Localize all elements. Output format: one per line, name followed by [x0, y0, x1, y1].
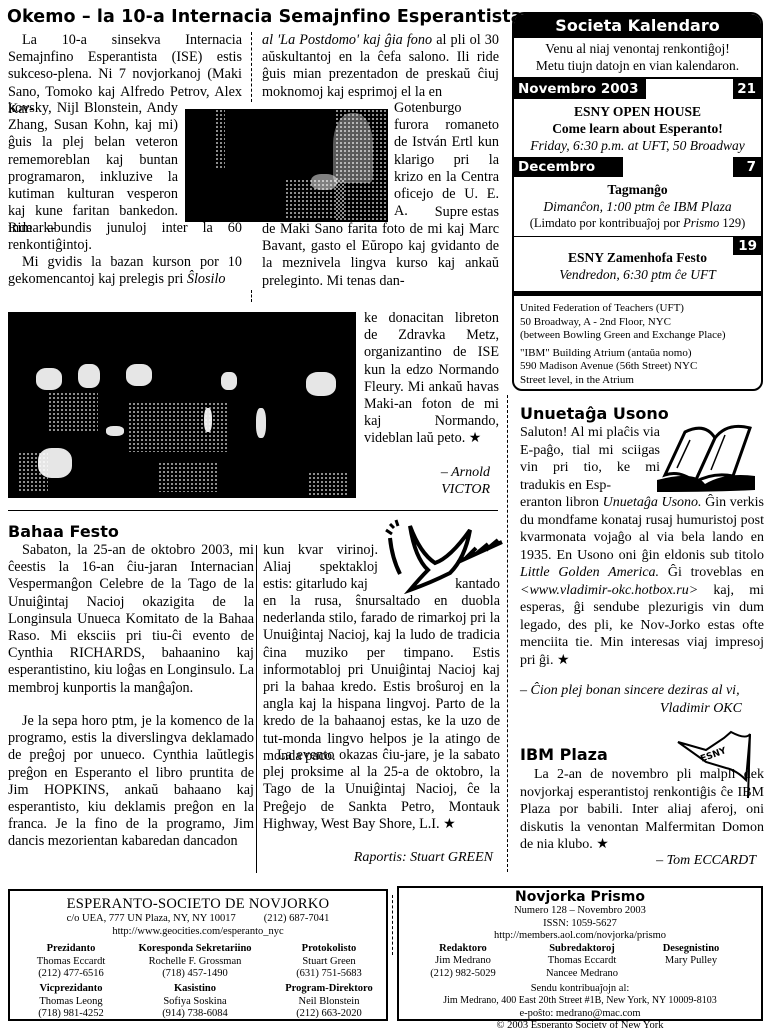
okemo-col2-wrap2: ke donacitan libreton de Zdravka Metz, o…: [364, 310, 499, 448]
photo-okemo-group: [8, 312, 356, 498]
column-divider: [392, 895, 393, 955]
okemo-col1-bottom: inde abundis junuloj inter la 60 renkont…: [8, 220, 242, 254]
okemo-col1-p2: Mi gvidis la bazan kurson por 10 gekomen…: [8, 254, 242, 288]
calendar-month-bar-november: Novembro 2003 21: [514, 79, 761, 99]
staff-designer: Desegnistino Mary Pulley: [651, 943, 731, 983]
bahaa-byline: Raportis: Stuart GREEN: [263, 850, 493, 866]
ibm-body: La 2-an de novembro pli malpli dek novjo…: [520, 766, 764, 854]
officer-recorder: Protokolisto Stuart Green (631) 751-5683: [264, 943, 394, 981]
unuetaga-title: Unuetaĝa Usono: [520, 404, 669, 423]
column-divider: [507, 395, 508, 872]
calendar-event-open-house: ESNY OPEN HOUSE Come learn about Esperan…: [514, 99, 761, 157]
society-address: c/o UEA, 777 UN Plaza, NY, NY 10017(212)…: [10, 913, 386, 926]
column-divider: [256, 545, 257, 873]
bahaa-col2-p2: La evento okazas ĉiu-jare, je la sabato …: [263, 747, 500, 833]
okemo-col2-top: al 'La Postdomo' kaj ĝia fono al pli ol …: [262, 32, 499, 101]
day-label: 21: [733, 79, 761, 99]
bahaa-col2-p1: en la rusa, ŝnursaltado en duobla nederl…: [263, 593, 500, 765]
book-icon: [655, 420, 760, 495]
calendar-month-bar-december: Decembro 7: [514, 157, 761, 177]
calendar-event-zamenhof: 19 ESNY Zamenhofa Festo Vendredon, 6:30 …: [514, 237, 761, 291]
calendar-event-tagmango: Tagmanĝo Dimanĉon, 1:00 ptm ĉe IBM Plaza…: [514, 177, 761, 237]
society-url: http://www.geocities.com/esperanto_nyc: [10, 926, 386, 939]
calendar-box: Societa Kalendaro Venu al niaj venontaj …: [512, 12, 763, 391]
prismo-title: Novjorka Prismo: [399, 889, 761, 905]
day-label: 7: [733, 157, 761, 177]
okemo-headline: Okemo – la 10-a Internacia Semajnfino Es…: [7, 7, 507, 27]
ibm-title: IBM Plaza: [520, 745, 608, 764]
bahaa-col2-wrap: kun kvar virinoj. Aliaj spektakloj estis…: [263, 542, 378, 594]
prismo-email: e-poŝto: medrano@mac.com: [399, 1008, 761, 1021]
calendar-locations: United Federation of Teachers (UFT) 50 B…: [514, 291, 761, 387]
officer-president: Prezidanto Thomas Eccardt (212) 477-6516: [6, 943, 136, 981]
column-divider: [251, 290, 252, 302]
bahaa-col1-p1: Sabaton, la 25-an de oktobro 2003, mi ĉe…: [8, 542, 254, 697]
day-label: 19: [733, 237, 761, 255]
prismo-staff: Redaktoro Jim Medrano (212) 982-5029 Sub…: [399, 943, 761, 983]
staff-editor: Redaktoro Jim Medrano (212) 982-5029: [413, 943, 513, 983]
officer-secretary: Koresponda Sekretariino Rochelle F. Gros…: [130, 943, 260, 981]
bahaa-col1-p2: Je la sepa horo ptm, je la komenco de la…: [8, 713, 254, 851]
unuetaga-wrap: Saluton! Al mi plaĉis via E-paĝo, tial m…: [520, 424, 660, 494]
unuetaga-signature: – Ĉion plej bonan sincere deziras al vi,…: [520, 682, 764, 717]
okemo-col2-p2-start: Supre estas: [394, 204, 499, 221]
officer-treasurer: Kasistino Sofiya Soskina (914) 738-6084: [130, 983, 260, 1021]
section-divider: [8, 510, 498, 511]
unuetaga-body: eranton libron Unuetaĝa Usono. Ĝin verki…: [520, 494, 764, 669]
staff-subeditors: Subredaktoroj Thomas Eccardt Nancee Medr…: [527, 943, 637, 983]
society-name: ESPERANTO-SOCIETO DE NOVJORKO: [10, 896, 386, 913]
prismo-masthead-box: Novjorka Prismo Numero 128 – Novembro 20…: [397, 886, 763, 1021]
month-label: Decembro: [514, 157, 623, 177]
officer-program-director: Program-Direktoro Neil Blonstein (212) 6…: [264, 983, 394, 1021]
officer-vice-president: Vicprezidanto Thomas Leong (718) 981-425…: [6, 983, 136, 1021]
prismo-copyright: © 2003 Esperanto Society of New York: [399, 1020, 761, 1028]
okemo-col2-p2: de Maki Sano farita foto de mi kaj Marc …: [262, 221, 499, 290]
okemo-byline: – Arnold VICTOR: [400, 464, 490, 498]
column-divider: [251, 32, 252, 102]
okemo-col2-wrap: Gotenburgo furora romaneto de István Ert…: [394, 100, 499, 220]
society-info-box: ESPERANTO-SOCIETO DE NOVJORKO c/o UEA, 7…: [8, 889, 388, 1021]
photo-okemo-portrait: [185, 109, 388, 222]
okemo-col1-wrap: kovsky, Nijl Blonstein, Andy Zhang, Susa…: [8, 100, 178, 238]
bahaa-title: Bahaa Festo: [8, 522, 119, 541]
ibm-byline: – Tom ECCARDT: [520, 853, 756, 869]
calendar-title: Societa Kalendaro: [514, 14, 761, 38]
calendar-intro: Venu al niaj venontaj renkontiĝoj! Metu …: [514, 38, 761, 79]
month-label: Novembro 2003: [514, 79, 646, 99]
bahaa-col2-wrap-end: kantado: [430, 576, 500, 593]
